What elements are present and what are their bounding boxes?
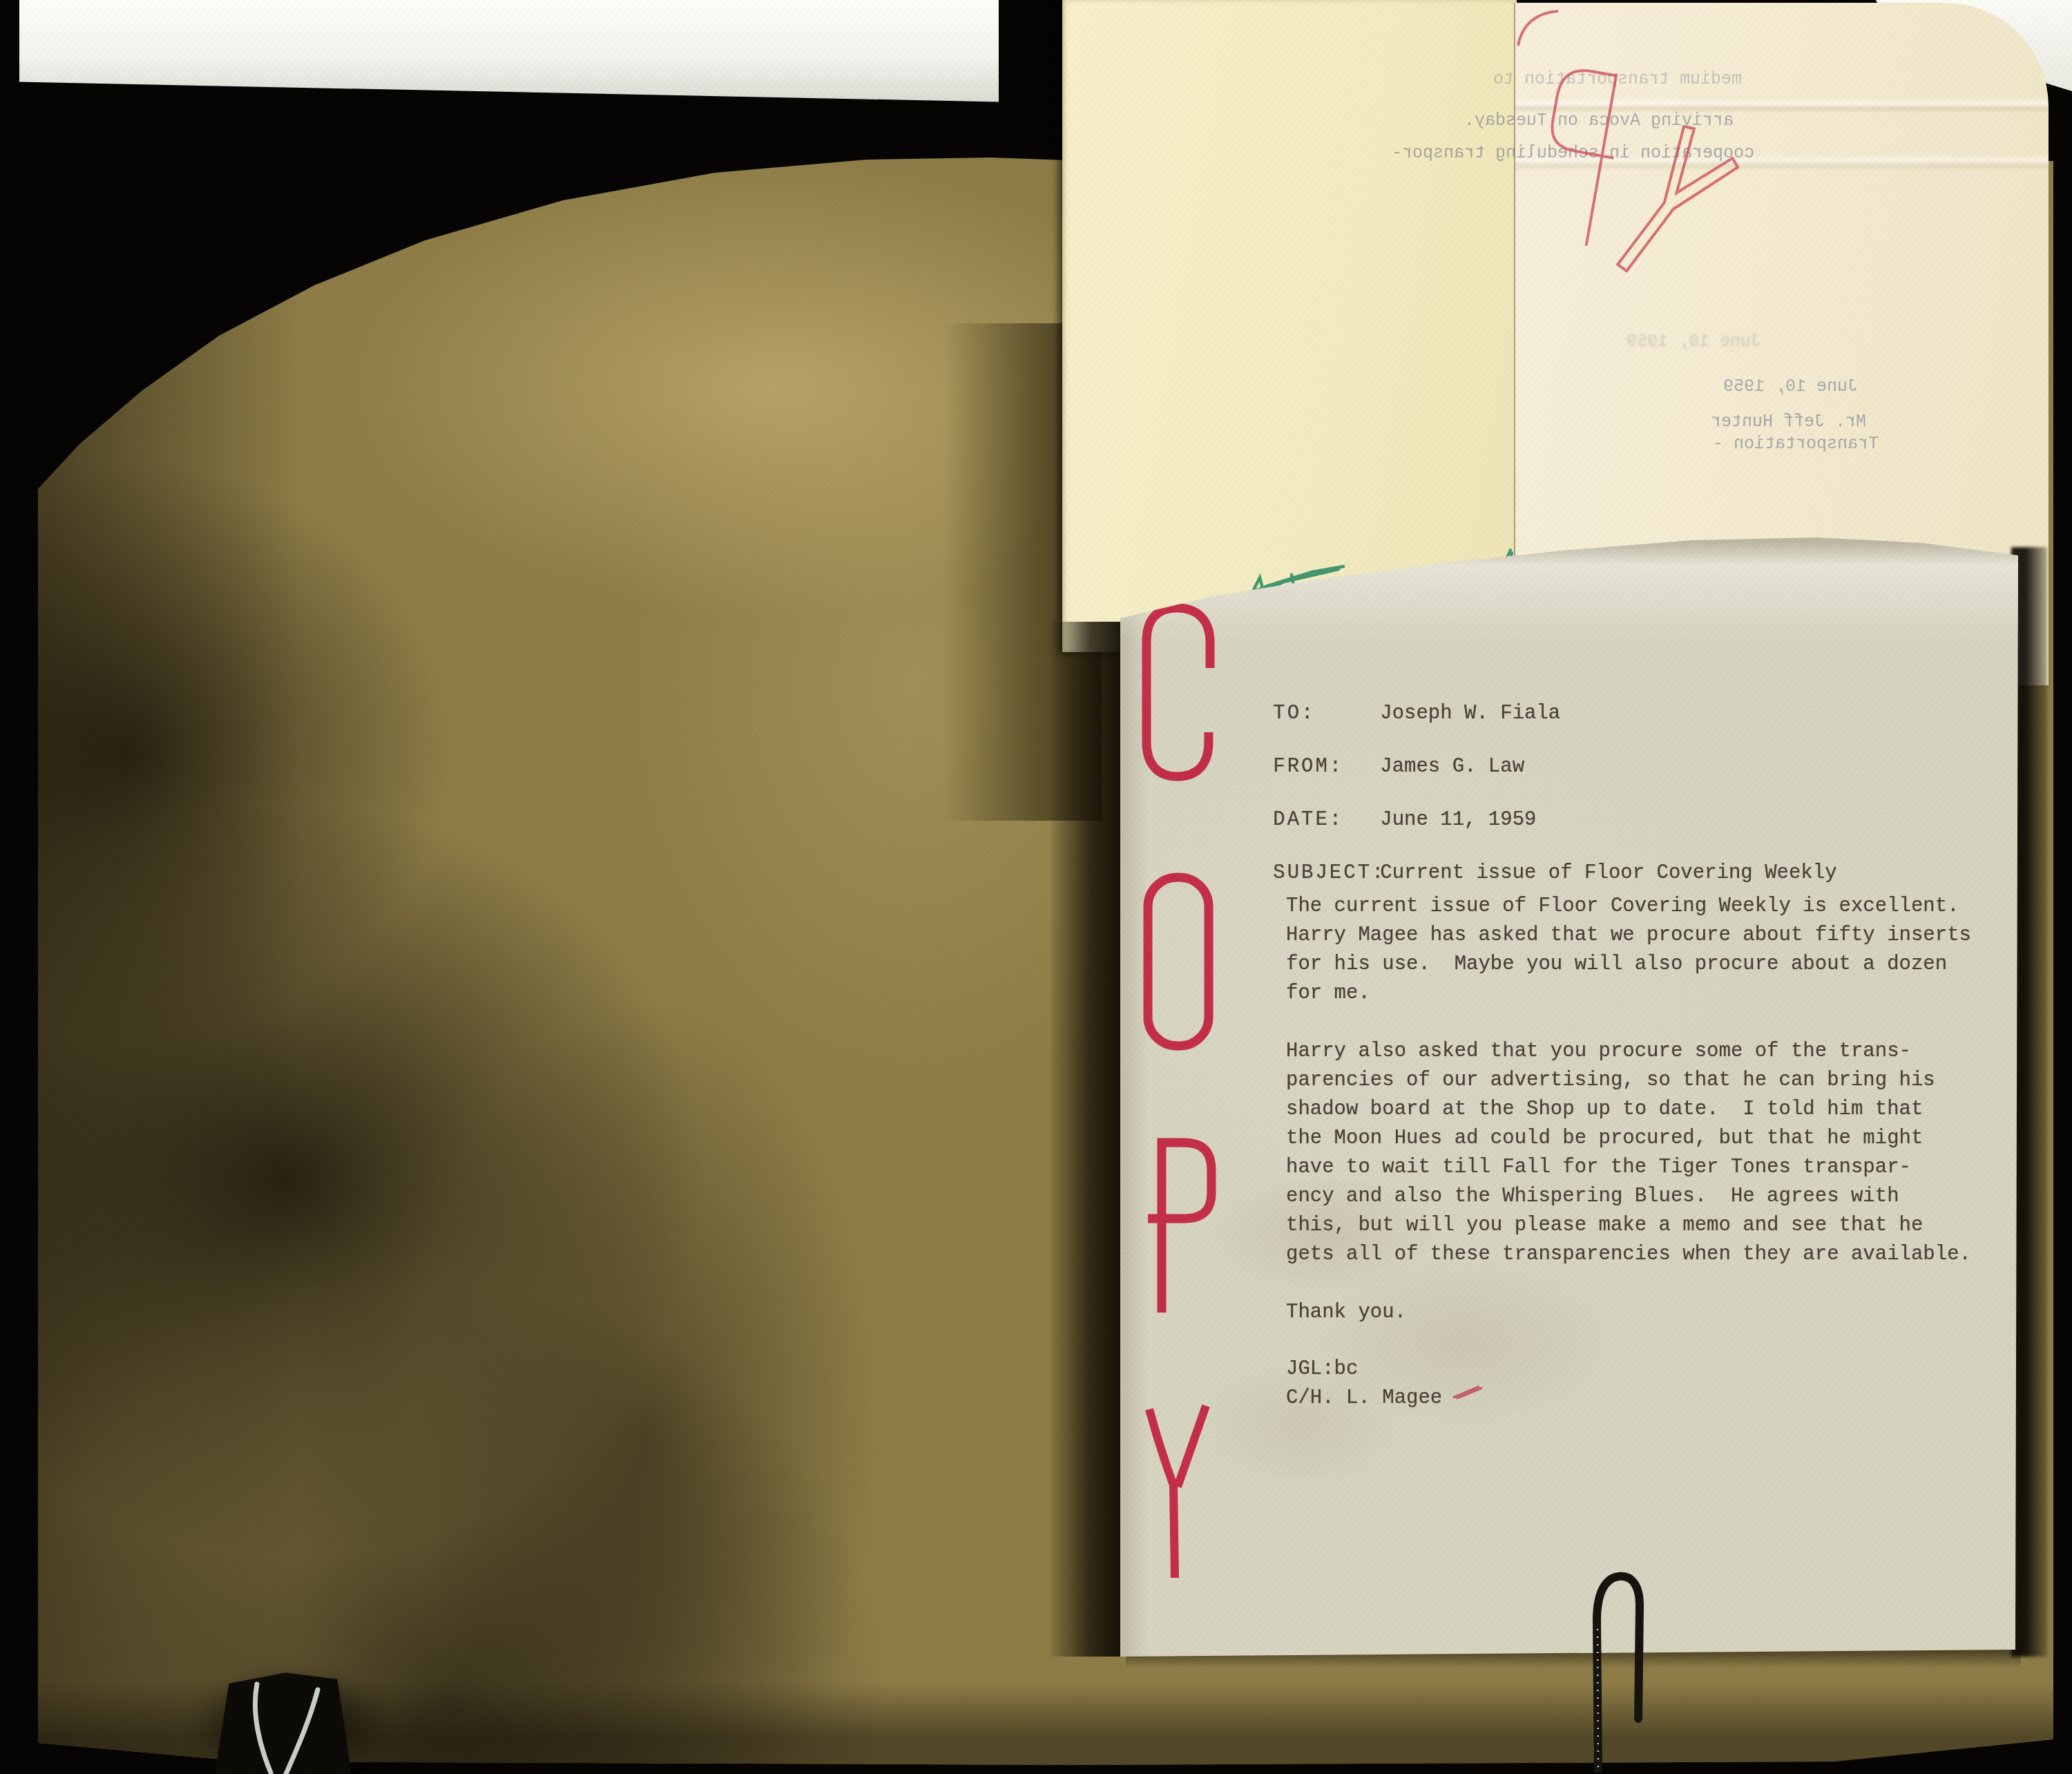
memo-line: for me. [1286, 979, 1971, 1008]
memo-subject-row: SUBJECT:Current issue of Floor Covering … [1177, 839, 1971, 859]
date-label: DATE: [1273, 808, 1380, 831]
paragraph-gap [1286, 1269, 1971, 1298]
subject-value: Current issue of Floor Covering Weekly [1380, 861, 1836, 884]
scanned-photo-background: medium transportation to arriving Avoca … [0, 0, 2072, 1774]
memo-content: TO:Joseph W. Fiala FROM:James G. Law DAT… [1177, 679, 1971, 1413]
signature-gap [1286, 1327, 1971, 1355]
binder-clip-handle-right [286, 1690, 318, 1774]
to-value: Joseph W. Fiala [1380, 702, 1560, 725]
memo-line: shadow board at the Shop up to date. I t… [1286, 1095, 1971, 1124]
date-value: June 11, 1959 [1380, 808, 1536, 831]
from-label: FROM: [1273, 755, 1380, 778]
typist-initials: JGL:bc [1286, 1355, 1971, 1384]
reversed-p-stamp [1533, 64, 1628, 248]
memo-line: have to wait till Fall for the Tiger Ton… [1286, 1153, 1971, 1182]
scanner-glare-strip-left [19, 0, 999, 105]
memo-line: parencies of our advertising, so that he… [1286, 1066, 1971, 1095]
binder-clip-handles [215, 1666, 351, 1774]
memo-line: Harry Magee has asked that we procure ab… [1286, 921, 1971, 950]
paper-clip [1586, 1565, 1651, 1773]
paper-clip-wire [1597, 1576, 1640, 1771]
cc-line: C/H. L. Magee [1286, 1386, 1442, 1409]
from-value: James G. Law [1380, 755, 1524, 778]
memo-from-row: FROM:James G. Law [1177, 732, 1971, 753]
memo-date-row: DATE:June 11, 1959 [1177, 785, 1971, 806]
memo-to-row: TO:Joseph W. Fiala [1177, 679, 1971, 700]
red-check-mark [1452, 1384, 1484, 1399]
paragraph-gap [1286, 1008, 1971, 1037]
memo-closing: Thank you. [1286, 1298, 1971, 1327]
page-gutter-shadow [1051, 622, 1123, 1657]
memo-sheet: COPY TO:Joseph W. Fiala FROM:James G. La… [1120, 537, 2018, 1657]
cc-row: C/H. L. Magee [1286, 1384, 1971, 1413]
memo-line: ency and also the Whispering Blues. He a… [1286, 1182, 1971, 1211]
to-label: TO: [1273, 702, 1380, 725]
reversed-o-stamp-fragment [1518, 11, 1558, 46]
memo-line: gets all of these transparencies when th… [1286, 1240, 1971, 1269]
binder-clip-handle-left [255, 1684, 271, 1773]
paragraph-1: The current issue of Floor Covering Week… [1286, 892, 1971, 1008]
subject-label: SUBJECT: [1273, 861, 1380, 884]
paragraph-2: Harry also asked that you procure some o… [1286, 1037, 1971, 1269]
memo-line: this, but will you please make a memo an… [1286, 1211, 1971, 1240]
memo-body: The current issue of Floor Covering Week… [1286, 892, 1971, 1413]
reversed-y-stamp [1595, 123, 1741, 288]
memo-line: The current issue of Floor Covering Week… [1286, 892, 1971, 921]
memo-line: Harry also asked that you procure some o… [1286, 1037, 1971, 1066]
memo-line: for his use. Maybe you will also procure… [1286, 950, 1971, 979]
memo-line: the Moon Hues ad could be procured, but … [1286, 1124, 1971, 1153]
